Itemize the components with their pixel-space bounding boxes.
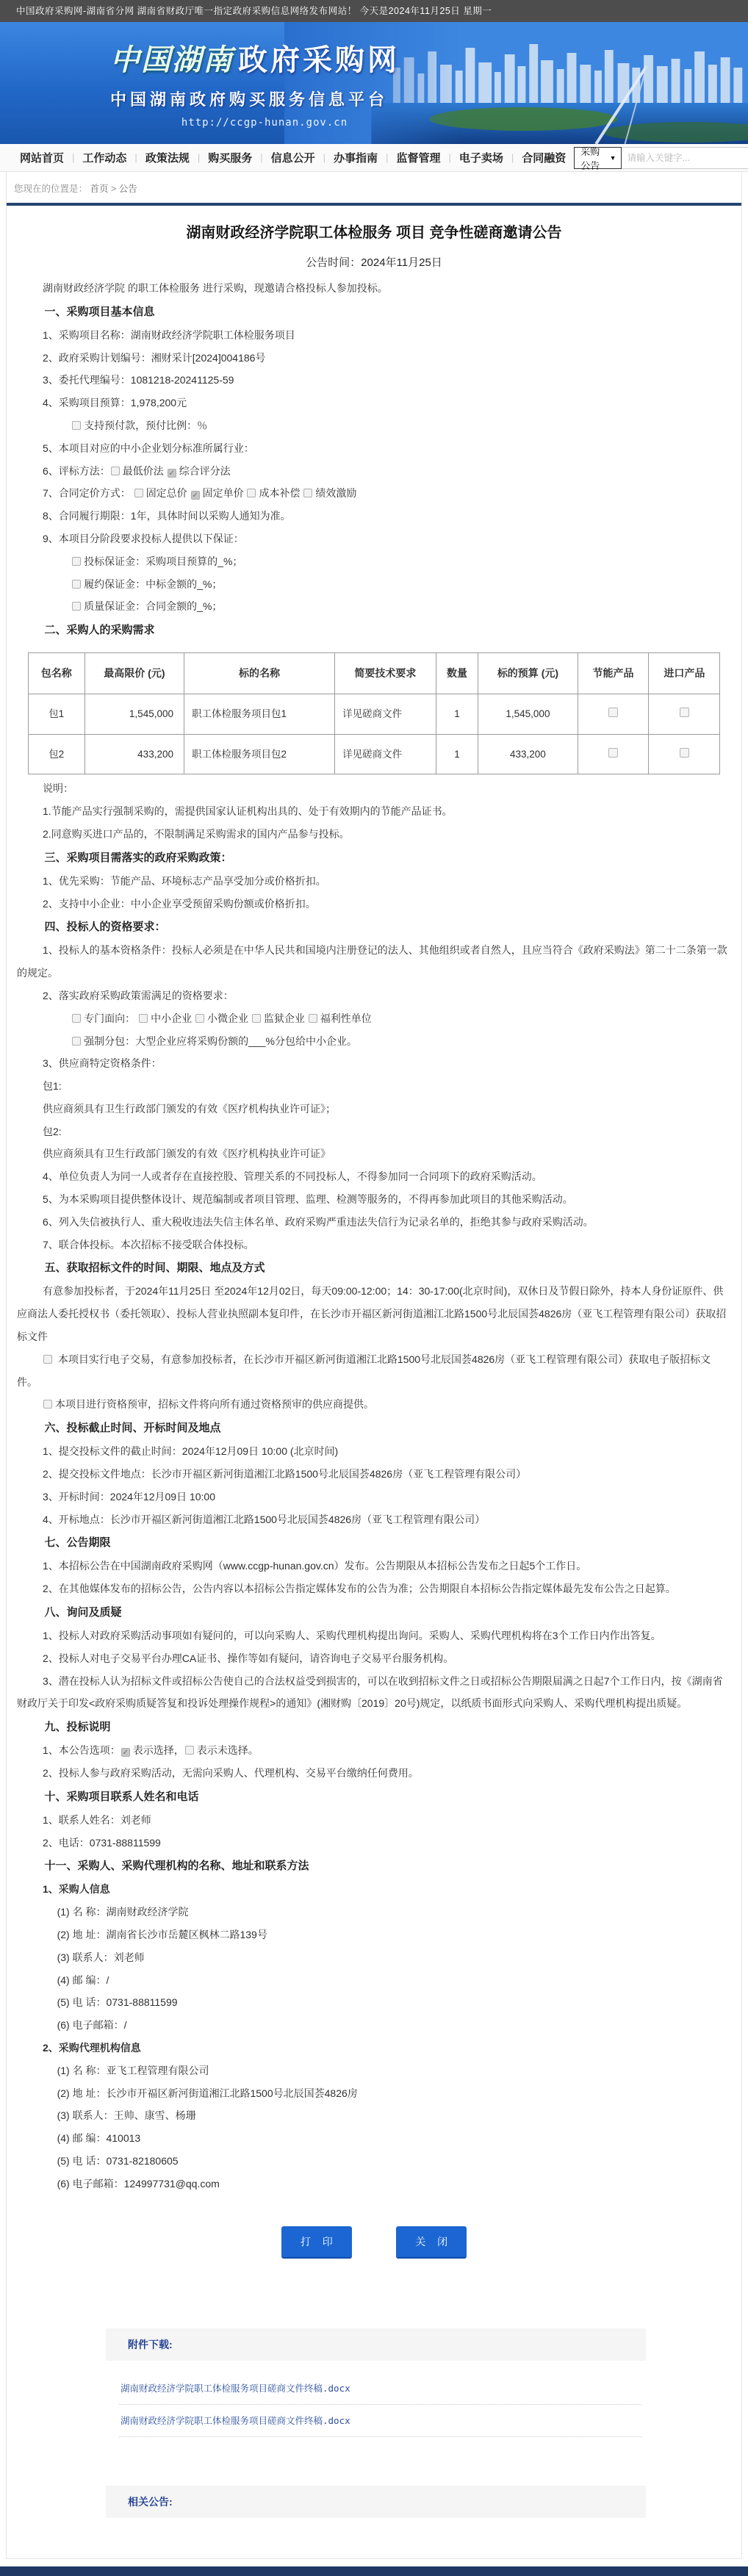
nav-item-purchase-service[interactable]: 购买服务 bbox=[200, 150, 260, 165]
breadcrumb-home-link[interactable]: 首页 bbox=[90, 184, 109, 194]
checkbox-checked-icon: ✓ bbox=[168, 469, 176, 478]
nav-item-policy[interactable]: 政策法规 bbox=[137, 150, 198, 165]
site-banner: 中国湖南 政府采购网 中国湖南政府购买服务信息平台 http://ccgp-hu… bbox=[0, 22, 748, 144]
checkbox-unchecked-icon bbox=[43, 1400, 52, 1408]
section-heading: 五、获取招标文件的时间、期限、地点及方式 bbox=[17, 1256, 731, 1280]
publish-time: 公告时间：2024年11月25日 bbox=[17, 254, 731, 270]
paragraph: (1) 名 称：湖南财政经济学院 bbox=[17, 1901, 731, 1924]
nav-item-contract-finance[interactable]: 合同融资 bbox=[514, 150, 574, 165]
checkbox-unchecked-icon bbox=[247, 489, 256, 497]
col-energy-saving: 节能产品 bbox=[578, 653, 649, 694]
paragraph: 2.同意购买进口产品的，不限制满足采购需求的国内产品参与投标。 bbox=[17, 823, 731, 846]
paragraph: 3、供应商特定资格条件： bbox=[17, 1052, 731, 1075]
cell-budget: 1,545,000 bbox=[478, 694, 578, 734]
checkbox-unchecked-icon bbox=[195, 1014, 204, 1023]
section-heading: 四、投标人的资格要求： bbox=[17, 915, 731, 939]
checkbox-unchecked-icon bbox=[43, 1355, 52, 1364]
paragraph: 1、本招标公告在中国湖南政府采购网（www.ccgp-hunan.gov.cn）… bbox=[17, 1555, 731, 1577]
checkbox-checked-icon: ✓ bbox=[121, 1748, 130, 1757]
paragraph: 4、单位负责人为同一人或者存在直接控股、管理关系的不同投标人，不得参加同一合同项… bbox=[17, 1165, 731, 1188]
section-heading: 三、采购项目需落实的政府采购政策： bbox=[17, 846, 731, 870]
paragraph: 1、采购项目名称：湖南财政经济学院职工体检服务项目 bbox=[17, 324, 731, 347]
paragraph: 1、采购人信息 bbox=[17, 1878, 731, 1901]
paragraph: 支持预付款，预付比例：％ bbox=[17, 414, 731, 437]
cell-package: 包1 bbox=[28, 694, 84, 734]
checkbox-unchecked-icon bbox=[111, 467, 120, 475]
nav-item-supervision[interactable]: 监督管理 bbox=[388, 150, 448, 165]
paragraph: 2、提交投标文件地点：长沙市开福区新河街道湘江北路1500号北辰国荟4826房（… bbox=[17, 1463, 731, 1486]
close-button[interactable]: 关 闭 bbox=[396, 2226, 467, 2259]
nav-item-info-disclosure[interactable]: 信息公开 bbox=[263, 150, 323, 165]
procurement-requirements-table: 包名称 最高限价 (元) 标的名称 简要技术要求 数量 标的预算 (元) 节能产… bbox=[28, 652, 721, 774]
announcement: 湖南财政经济学院职工体检服务 项目 竞争性磋商邀请公告 公告时间：2024年11… bbox=[7, 203, 741, 2288]
paragraph: 包1: bbox=[17, 1075, 731, 1098]
section-heading: 十、采购项目联系人姓名和电话 bbox=[17, 1785, 731, 1809]
paragraph: 3、开标时间：2024年12月09日 10:00 bbox=[17, 1486, 731, 1508]
cell-tech: 详见磋商文件 bbox=[335, 694, 436, 734]
table-row: 包2 433,200 职工体检服务项目包2 详见磋商文件 1 433,200 bbox=[28, 734, 720, 774]
search-category-select[interactable]: 采购公告 ▼ bbox=[574, 147, 621, 169]
top-info-bar: 中国政府采购网-湖南省分网 湖南省财政厅唯一指定政府采购信息网络发布网站！ 今天… bbox=[0, 0, 748, 22]
paragraph: 2、投标人对电子交易平台办理CA证书、操作等如有疑问，请咨询电子交易平台服务机构… bbox=[17, 1647, 731, 1670]
paragraph: 供应商须具有卫生行政部门颁发的有效《医疗机构执业许可证》 bbox=[17, 1143, 731, 1165]
checkbox-unchecked-icon bbox=[72, 580, 81, 589]
cell-tech: 详见磋商文件 bbox=[335, 734, 436, 774]
cell-max-price: 1,545,000 bbox=[84, 694, 184, 734]
checkbox-unchecked-icon bbox=[72, 557, 81, 566]
paragraph: (3) 联系人：王帅、康雪、杨珊 bbox=[17, 2104, 731, 2127]
site-logo-calligraphy: 中国湖南 bbox=[110, 37, 234, 79]
paragraph: 湖南财政经济学院 的职工体检服务 进行采购，现邀请合格投标人参加投标。 bbox=[17, 277, 731, 300]
print-button[interactable]: 打 印 bbox=[281, 2226, 352, 2259]
related-title: 相关公告: bbox=[106, 2486, 646, 2518]
attachments-section: 附件下载: 湖南财政经济学院职工体检服务项目磋商文件终稿.docx 湖南财政经济… bbox=[106, 2328, 646, 2440]
paragraph: 4、开标地点：长沙市开福区新河街道湘江北路1500号北辰国荟4826房（亚飞工程… bbox=[17, 1508, 731, 1531]
checkbox-unchecked-icon bbox=[72, 1037, 81, 1046]
search-input[interactable] bbox=[622, 147, 748, 169]
paragraph: (4) 邮 编：/ bbox=[17, 1969, 731, 1992]
table-row: 包1 1,545,000 职工体检服务项目包1 详见磋商文件 1 1,545,0… bbox=[28, 694, 720, 734]
site-url: http://ccgp-hunan.gov.cn bbox=[110, 117, 419, 129]
paragraph: (5) 电 话：0731-88811599 bbox=[17, 1991, 731, 2014]
top-info-text: 中国政府采购网-湖南省分网 湖南省财政厅唯一指定政府采购信息网络发布网站！ 今天… bbox=[16, 6, 492, 16]
paragraph: (6) 电子邮箱：124997731@qq.com bbox=[17, 2173, 731, 2195]
breadcrumb-separator: > bbox=[111, 184, 116, 194]
paragraph: 1、投标人对政府采购活动事项如有疑问的，可以向采购人、采购代理机构提出询问。采购… bbox=[17, 1625, 731, 1647]
related-announcements-section: 相关公告: bbox=[106, 2486, 646, 2518]
attachment-row: 湖南财政经济学院职工体检服务项目磋商文件终稿.docx bbox=[119, 2372, 641, 2405]
checkbox-unchecked-icon bbox=[680, 708, 689, 717]
col-subject-name: 标的名称 bbox=[184, 653, 334, 694]
section-heading: 二、采购人的采购需求 bbox=[17, 618, 731, 642]
checkbox-unchecked-icon bbox=[608, 708, 618, 717]
chevron-down-icon: ▼ bbox=[610, 154, 616, 162]
footer-bar bbox=[0, 2566, 748, 2576]
announcement-body-part1: 湖南财政经济学院 的职工体检服务 进行采购，现邀请合格投标人参加投标。一、采购项… bbox=[17, 277, 731, 642]
paragraph: 2、采购代理机构信息 bbox=[17, 2037, 731, 2059]
checkbox-unchecked-icon bbox=[72, 421, 81, 430]
paragraph: 8、合同履行期限：1年，具体时间以采购人通知为准。 bbox=[17, 505, 731, 528]
cell-max-price: 433,200 bbox=[84, 734, 184, 774]
paragraph: 供应商须具有卫生行政部门颁发的有效《医疗机构执业许可证》； bbox=[17, 1098, 731, 1120]
section-heading: 九、投标说明 bbox=[17, 1715, 731, 1739]
search-category-value: 采购公告 bbox=[580, 144, 605, 172]
checkbox-unchecked-icon bbox=[72, 602, 81, 611]
announcement-body-part2: 说明：1.节能产品实行强制采购的，需提供国家认证机构出具的、处于有效期内的节能产… bbox=[17, 777, 731, 2195]
attachments-title: 附件下载: bbox=[106, 2328, 646, 2361]
paragraph: (6) 电子邮箱：/ bbox=[17, 2014, 731, 2037]
paragraph: 强制分包：大型企业应将采购份额的___%分包给中小企业。 bbox=[17, 1030, 731, 1053]
paragraph: 4、采购项目预算：1,978,200元 bbox=[17, 392, 731, 414]
checkbox-unchecked-icon bbox=[252, 1014, 261, 1023]
section-heading: 八、询问及质疑 bbox=[17, 1600, 731, 1625]
paragraph: 2、投标人参与政府采购活动，无需向采购人、代理机构、交易平台缴纳任何费用。 bbox=[17, 1762, 731, 1785]
paragraph: (2) 地 址：湖南省长沙市岳麓区枫林二路139号 bbox=[17, 1924, 731, 1946]
table-header-row: 包名称 最高限价 (元) 标的名称 简要技术要求 数量 标的预算 (元) 节能产… bbox=[28, 653, 720, 694]
col-tech-requirements: 简要技术要求 bbox=[335, 653, 436, 694]
col-max-price: 最高限价 (元) bbox=[84, 653, 184, 694]
paragraph: 履约保证金：中标金额的_%； bbox=[17, 573, 731, 596]
paragraph: 2、落实政府采购政策需满足的资格要求： bbox=[17, 985, 731, 1007]
paragraph: 5、为本采购项目提供整体设计、规范编制或者项目管理、监理、检测等服务的，不得再参… bbox=[17, 1188, 731, 1211]
attachment-link[interactable]: 湖南财政经济学院职工体检服务项目磋商文件终稿.docx bbox=[121, 2415, 350, 2426]
paragraph: 1、联系人姓名：刘老师 bbox=[17, 1809, 731, 1832]
attachment-row: 湖南财政经济学院职工体检服务项目磋商文件终稿.docx bbox=[119, 2405, 641, 2437]
breadcrumb-prefix: 您现在的位置是： bbox=[14, 184, 87, 194]
paragraph: 2、在其他媒体发布的招标公告，公告内容以本招标公告指定媒体发布的公告为准；公告期… bbox=[17, 1577, 731, 1600]
checkbox-unchecked-icon bbox=[309, 1014, 317, 1023]
paragraph: 5、本项目对应的中小企业划分标准所属行业： bbox=[17, 437, 731, 460]
paragraph: (4) 邮 编：410013 bbox=[17, 2127, 731, 2150]
checkbox-checked-icon: ✓ bbox=[191, 491, 200, 500]
section-heading: 六、投标截止时间、开标时间及地点 bbox=[17, 1416, 731, 1440]
paragraph: 6、列入失信被执行人、重大税收违法失信主体名单、政府采购严重违法失信行为记录名单… bbox=[17, 1211, 731, 1234]
paragraph: 2、支持中小企业：中小企业享受预留采购份额或价格折扣。 bbox=[17, 893, 731, 915]
paragraph: 1、投标人的基本资格条件：投标人必须是在中华人民共和国境内注册登记的法人、其他组… bbox=[17, 939, 731, 985]
paragraph: 有意参加投标者，于2024年11月25日 至2024年12月02日，每天09:0… bbox=[17, 1280, 731, 1348]
paragraph: 6、评标方法：最低价法 ✓综合评分法 bbox=[17, 460, 731, 483]
nav-item-guide[interactable]: 办事指南 bbox=[326, 150, 386, 165]
col-budget: 标的预算 (元) bbox=[478, 653, 578, 694]
paragraph: 1、优先采购：节能产品、环境标志产品享受加分或价格折扣。 bbox=[17, 870, 731, 893]
paragraph: 2、政府采购计划编号：湘财采计[2024]004186号 bbox=[17, 347, 731, 370]
section-heading: 一、采购项目基本信息 bbox=[17, 300, 731, 324]
breadcrumb: 您现在的位置是： 首页 > 公告 bbox=[7, 172, 741, 203]
col-imported: 进口产品 bbox=[649, 653, 720, 694]
breadcrumb-current-link[interactable]: 公告 bbox=[119, 184, 137, 194]
checkbox-unchecked-icon bbox=[134, 489, 143, 497]
main-nav: 网站首页 工作动态 政策法规 购买服务 信息公开 办事指南 监督管理 电子卖场 … bbox=[0, 144, 748, 172]
cell-quantity: 1 bbox=[436, 734, 478, 774]
checkbox-unchecked-icon bbox=[72, 1014, 81, 1023]
page-title: 湖南财政经济学院职工体检服务 项目 竞争性磋商邀请公告 bbox=[17, 222, 731, 244]
section-heading: 十一、采购人、采购代理机构的名称、地址和联系方法 bbox=[17, 1854, 731, 1878]
paragraph: 本项目进行资格预审，招标文件将向所有通过资格预审的供应商提供。 bbox=[17, 1393, 731, 1416]
col-package-name: 包名称 bbox=[28, 653, 84, 694]
checkbox-unchecked-icon bbox=[608, 748, 618, 758]
col-quantity: 数量 bbox=[436, 653, 478, 694]
site-logo-title: 政府采购网 bbox=[238, 37, 400, 79]
cell-subject: 职工体检服务项目包1 bbox=[184, 694, 334, 734]
nav-item-home[interactable]: 网站首页 bbox=[12, 150, 72, 165]
nav-item-emall[interactable]: 电子卖场 bbox=[451, 150, 511, 165]
paragraph: 包2: bbox=[17, 1120, 731, 1143]
paragraph: (5) 电 话：0731-82180605 bbox=[17, 2150, 731, 2173]
paragraph: 投标保证金：采购项目预算的_%； bbox=[17, 550, 731, 573]
paragraph: 1、提交投标文件的截止时间：2024年12月09日 10:00 (北京时间) bbox=[17, 1440, 731, 1463]
cell-quantity: 1 bbox=[436, 694, 478, 734]
cell-subject: 职工体检服务项目包2 bbox=[184, 734, 334, 774]
paragraph: 专门面向： 中小企业 小微企业 监狱企业 福利性单位 bbox=[17, 1007, 731, 1030]
paragraph: 1、本公告选项：✓表示选择，表示未选择。 bbox=[17, 1739, 731, 1762]
checkbox-unchecked-icon bbox=[680, 748, 689, 758]
section-heading: 七、公告期限 bbox=[17, 1530, 731, 1555]
checkbox-unchecked-icon bbox=[185, 1746, 194, 1755]
paragraph: 7、合同定价方式： 固定总价 ✓固定单价 成本补偿 绩效激励 bbox=[17, 482, 731, 505]
paragraph: 9、本项目分阶段要求投标人提供以下保证： bbox=[17, 528, 731, 550]
action-buttons: 打 印 关 闭 bbox=[17, 2226, 731, 2259]
paragraph: 3、委托代理编号：1081218-20241125-59 bbox=[17, 369, 731, 392]
paragraph: 1.节能产品实行强制采购的，需提供国家认证机构出具的、处于有效期内的节能产品证书… bbox=[17, 800, 731, 823]
paragraph: (1) 名 称：亚飞工程管理有限公司 bbox=[17, 2059, 731, 2082]
paragraph: (2) 地 址：长沙市开福区新河街道湘江北路1500号北辰国荟4826房 bbox=[17, 2082, 731, 2105]
paragraph: 本项目实行电子交易，有意参加投标者，在长沙市开福区新河街道湘江北路1500号北辰… bbox=[17, 1348, 731, 1394]
checkbox-unchecked-icon bbox=[139, 1014, 148, 1023]
cell-package: 包2 bbox=[28, 734, 84, 774]
site-subtitle: 中国湖南政府购买服务信息平台 bbox=[110, 87, 748, 110]
paragraph: 3、潜在投标人认为招标文件或招标公告使自己的合法权益受到损害的，可以在收到招标文… bbox=[17, 1670, 731, 1716]
paragraph: 质量保证金：合同金额的_%； bbox=[17, 595, 731, 618]
content-container: 您现在的位置是： 首页 > 公告 湖南财政经济学院职工体检服务 项目 竞争性磋商… bbox=[6, 172, 742, 2559]
paragraph: (3) 联系人：刘老师 bbox=[17, 1946, 731, 1969]
nav-item-news[interactable]: 工作动态 bbox=[74, 150, 134, 165]
paragraph: 2、电话：0731-88811599 bbox=[17, 1832, 731, 1854]
cell-budget: 433,200 bbox=[478, 734, 578, 774]
checkbox-unchecked-icon bbox=[303, 489, 312, 497]
paragraph: 说明： bbox=[17, 777, 731, 800]
paragraph: 7、联合体投标。本次招标不接受联合体投标。 bbox=[17, 1234, 731, 1256]
attachment-link[interactable]: 湖南财政经济学院职工体检服务项目磋商文件终稿.docx bbox=[121, 2383, 350, 2394]
